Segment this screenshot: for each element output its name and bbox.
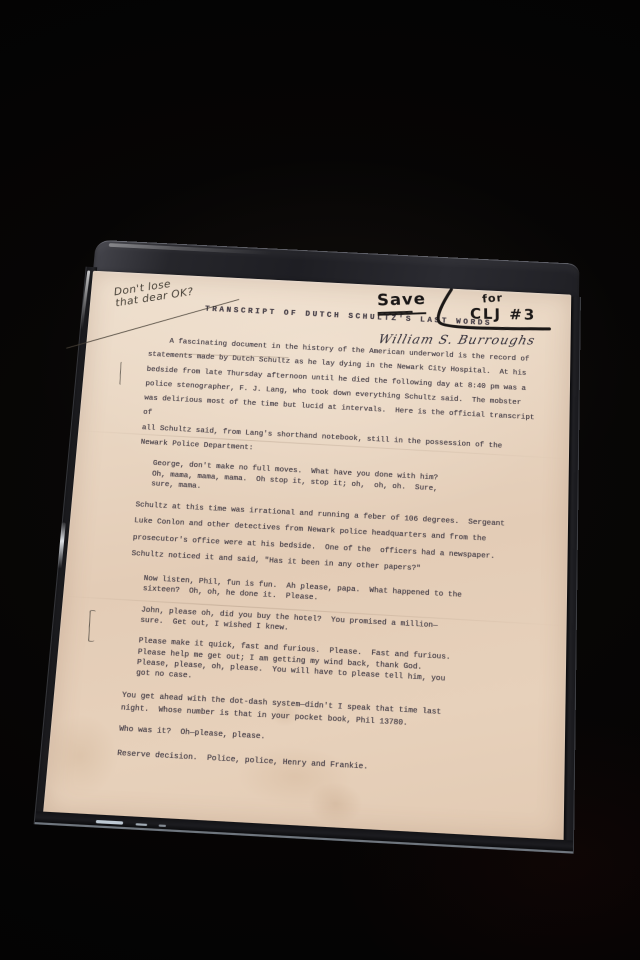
clj-issue-annotation: CLJ #3 xyxy=(470,306,536,324)
specular-highlight xyxy=(96,820,123,825)
narration-paragraph: Schultz at this time was irrational and … xyxy=(131,498,542,584)
specular-highlight xyxy=(136,823,148,826)
for-annotation: for xyxy=(481,291,503,305)
typed-document-page: TRANSCRIPT OF DUTCH SCHULTZ'S LAST WORDS… xyxy=(43,271,571,843)
sleeve-flap-highlight xyxy=(109,243,272,255)
document-content: TRANSCRIPT OF DUTCH SCHULTZ'S LAST WORDS… xyxy=(43,271,571,843)
dying-words-quote-4: Please make it quick, fast and furious. … xyxy=(136,636,540,700)
burroughs-signature: William S. Burroughs xyxy=(377,333,575,349)
photo-background: TRANSCRIPT OF DUTCH SCHULTZ'S LAST WORDS… xyxy=(0,0,640,960)
specular-highlight xyxy=(159,824,166,827)
save-annotation: Save xyxy=(377,290,427,315)
plastic-sleeve: TRANSCRIPT OF DUTCH SCHULTZ'S LAST WORDS… xyxy=(34,239,582,853)
